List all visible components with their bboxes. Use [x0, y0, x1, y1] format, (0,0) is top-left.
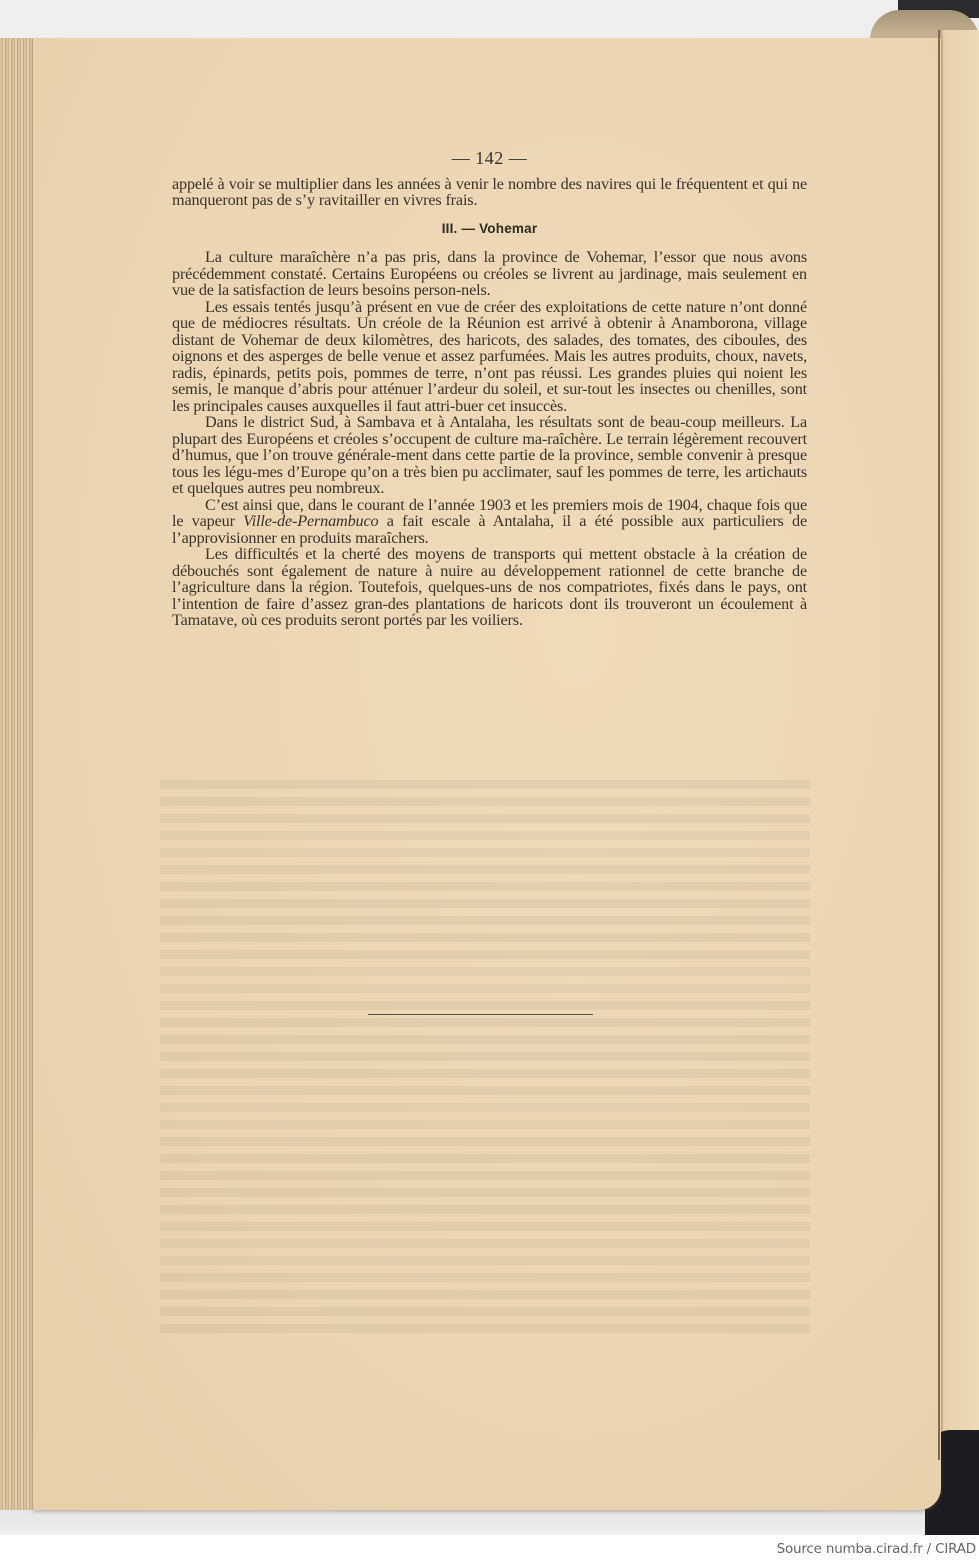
- page-stack-edges: [0, 38, 34, 1510]
- source-caption: Source numba.cirad.fr / CIRAD: [777, 1541, 976, 1557]
- paragraph-1: La culture maraîchère n’a pas pris, dans…: [172, 249, 807, 299]
- gutter-line: [938, 30, 940, 1460]
- carryover-paragraph: appelé à voir se multiplier dans les ann…: [172, 176, 807, 209]
- paragraph-3: Dans le district Sud, à Sambava et à Ant…: [172, 414, 807, 497]
- section-heading: III. — Vohemar: [172, 221, 807, 238]
- paragraph-2: Les essais tentés jusqu’à présent en vue…: [172, 299, 807, 415]
- bleed-through-texture: [160, 780, 810, 1340]
- paragraph-5: Les difficultés et la cherté des moyens …: [172, 546, 807, 629]
- page-number: — 142 —: [172, 150, 807, 167]
- page-text-block: — 142 — appelé à voir se multiplier dans…: [172, 150, 807, 629]
- section-end-rule: [368, 1014, 593, 1015]
- facing-page-edge: [940, 30, 979, 1460]
- paragraph-4: C’est ainsi que, dans le courant de l’an…: [172, 497, 807, 547]
- ship-name: Ville-de-Pernambuco: [243, 512, 378, 530]
